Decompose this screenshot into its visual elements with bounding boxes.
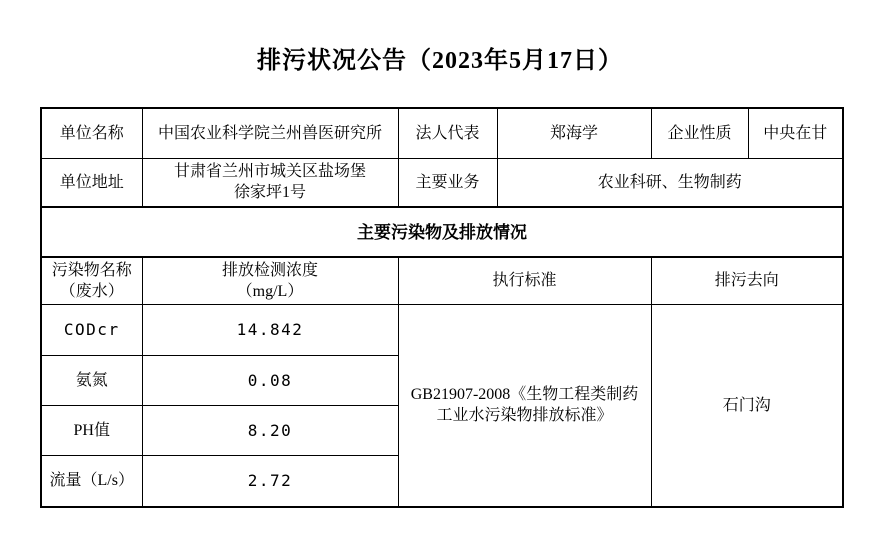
unit-name-row: 单位名称 中国农业科学院兰州兽医研究所 法人代表 郑海学 企业性质 中央在甘 <box>41 108 843 158</box>
concentration-col-header-cell: 排放检测浓度 （mg/L） <box>142 257 398 304</box>
pollutant-name-cell: 流量（L/s） <box>41 455 142 507</box>
pollutant-value-cell: 14.842 <box>142 304 398 355</box>
legal-rep-value-cell: 郑海学 <box>497 108 651 158</box>
pollutant-value-cell: 8.20 <box>142 405 398 455</box>
column-header-row: 污染物名称 （废水） 排放检测浓度 （mg/L） 执行标准 排污去向 <box>41 257 843 304</box>
pollutant-name-cell: PH值 <box>41 405 142 455</box>
pollutant-name-cell: CODcr <box>41 304 142 355</box>
unit-address-label-cell: 单位地址 <box>41 158 142 207</box>
main-business-value-cell: 农业科研、生物制药 <box>497 158 843 207</box>
announcement-page: 排污状况公告（2023年5月17日） 单位名称 中国农业科学院兰州兽医研究所 法… <box>0 0 880 540</box>
pollutant-value-cell: 2.72 <box>142 455 398 507</box>
unit-name-label-cell: 单位名称 <box>41 108 142 158</box>
standard-value-line1: GB21907-2008《生物工程类制药 <box>401 384 649 405</box>
main-business-label-cell: 主要业务 <box>398 158 497 207</box>
section-header-row: 主要污染物及排放情况 <box>41 207 843 257</box>
standard-col-header-cell: 执行标准 <box>398 257 651 304</box>
pollutant-col-header-cell: 污染物名称 （废水） <box>41 257 142 304</box>
pollutant-col-header-line2: （废水） <box>44 281 140 302</box>
unit-address-value-cell: 甘肃省兰州市城关区盐场堡 徐家坪1号 <box>142 158 398 207</box>
unit-address-line1: 甘肃省兰州市城关区盐场堡 <box>145 161 396 182</box>
enterprise-nature-label-cell: 企业性质 <box>651 108 748 158</box>
pollutant-col-header-line1: 污染物名称 <box>44 260 140 281</box>
destination-col-header-cell: 排污去向 <box>651 257 843 304</box>
standard-value-line2: 工业水污染物排放标准》 <box>401 405 649 426</box>
legal-rep-label-cell: 法人代表 <box>398 108 497 158</box>
concentration-col-header-line1: 排放检测浓度 <box>145 260 396 281</box>
pollutant-row: CODcr 14.842 GB21907-2008《生物工程类制药 工业水污染物… <box>41 304 843 355</box>
unit-address-row: 单位地址 甘肃省兰州市城关区盐场堡 徐家坪1号 主要业务 农业科研、生物制药 <box>41 158 843 207</box>
concentration-col-header-line2: （mg/L） <box>145 281 396 302</box>
section-header-cell: 主要污染物及排放情况 <box>41 207 843 257</box>
standard-value-cell: GB21907-2008《生物工程类制药 工业水污染物排放标准》 <box>398 304 651 507</box>
announcement-table: 单位名称 中国农业科学院兰州兽医研究所 法人代表 郑海学 企业性质 中央在甘 单… <box>40 107 844 508</box>
unit-address-line2: 徐家坪1号 <box>145 182 396 203</box>
page-title: 排污状况公告（2023年5月17日） <box>0 0 880 76</box>
pollutant-value-cell: 0.08 <box>142 355 398 405</box>
enterprise-nature-value-cell: 中央在甘 <box>748 108 843 158</box>
destination-value-cell: 石门沟 <box>651 304 843 507</box>
unit-name-value-cell: 中国农业科学院兰州兽医研究所 <box>142 108 398 158</box>
pollutant-name-cell: 氨氮 <box>41 355 142 405</box>
